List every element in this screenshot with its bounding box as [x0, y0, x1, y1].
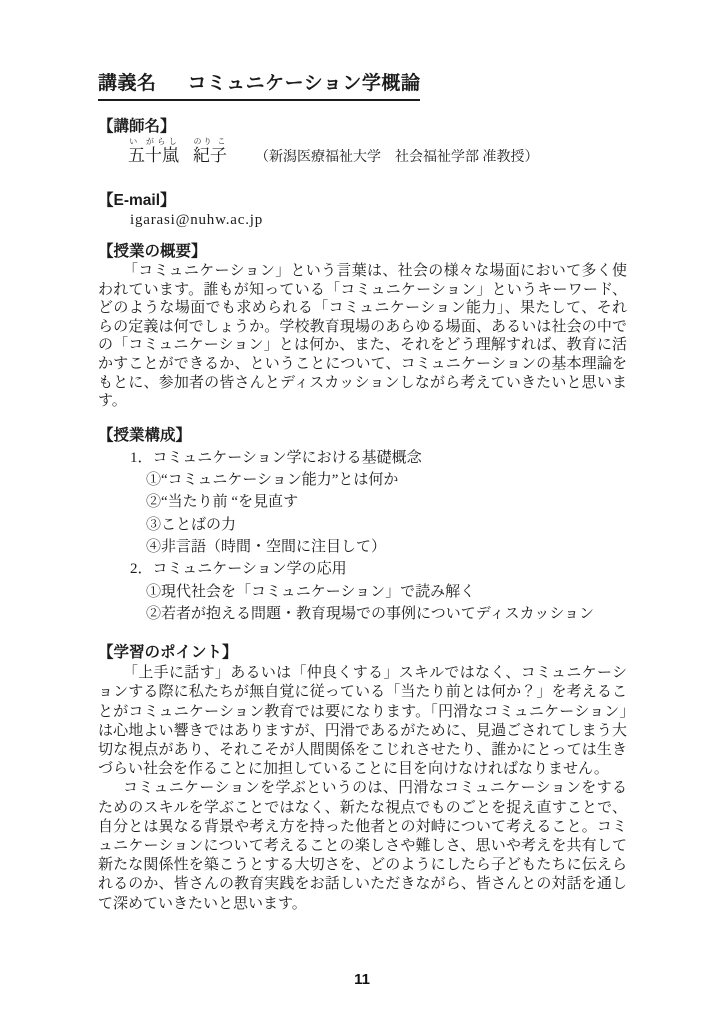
structure-item: ①現代社会を「コミュニケーション」で読み解く: [98, 581, 627, 603]
email-address: igarasi@nuhw.ac.jp: [130, 211, 627, 230]
instructor-affiliation: （新潟医療福祉大学 社会福祉学部 准教授）: [255, 150, 539, 165]
instructor-heading: 【講師名】: [98, 118, 627, 136]
structure-item: ②若者が抱える問題・教育現場での事例についてディスカッション: [98, 603, 627, 625]
page-number: 11: [0, 971, 724, 988]
course-name-label: 講義名: [98, 73, 157, 94]
instructor-given-name-text: 紀子: [193, 146, 227, 165]
course-title-row: 講義名コミュニケーション学概論: [98, 72, 420, 101]
structure-item: 2．コミュニケーション学の応用: [98, 558, 627, 580]
course-structure-list: 1．コミュニケーション学における基礎概念 ①“コミュニケーション能力”とは何か …: [98, 447, 627, 625]
structure-item: ①“コミュニケーション能力”とは何か: [98, 469, 627, 491]
email-heading: 【E-mail】: [98, 192, 627, 210]
overview-heading: 【授業の概要】: [98, 243, 627, 261]
instructor-surname-text: 五十嵐: [128, 146, 179, 165]
points-paragraph-2: コミュニケーションを学ぶというのは、円滑なコミュニケーションをするためのスキルを…: [98, 779, 627, 913]
structure-item: ③ことばの力: [98, 514, 627, 536]
structure-heading: 【授業構成】: [98, 427, 627, 445]
instructor-given-name: 紀子のり こ: [193, 146, 227, 165]
structure-item: ④非言語（時間・空間に注目して）: [98, 536, 627, 558]
instructor-line: 五十嵐い がらし紀子のり こ（新潟医療福祉大学 社会福祉学部 准教授）: [128, 137, 627, 168]
course-title: コミュニケーション学概論: [188, 73, 421, 94]
instructor-given-name-furigana: のり こ: [193, 137, 227, 146]
overview-paragraph: 「コミュニケーション」という言葉は、社会の様々な場面において多く使われています。…: [98, 262, 627, 411]
instructor-surname: 五十嵐い がらし: [128, 146, 179, 165]
course-title-block: 講義名コミュニケーション学概論: [98, 72, 627, 101]
document-page: 講義名コミュニケーション学概論 【講師名】 五十嵐い がらし紀子のり こ（新潟医…: [0, 0, 724, 1024]
instructor-surname-furigana: い がらし: [128, 137, 179, 146]
structure-item: ②“当たり前 “を見直す: [98, 491, 627, 513]
points-heading: 【学習のポイント】: [98, 644, 627, 662]
points-paragraph-1: 「上手に話す」あるいは「仲良くする」スキルではなく、コミュニケーションする際に私…: [98, 664, 627, 779]
structure-item: 1．コミュニケーション学における基礎概念: [98, 447, 627, 469]
